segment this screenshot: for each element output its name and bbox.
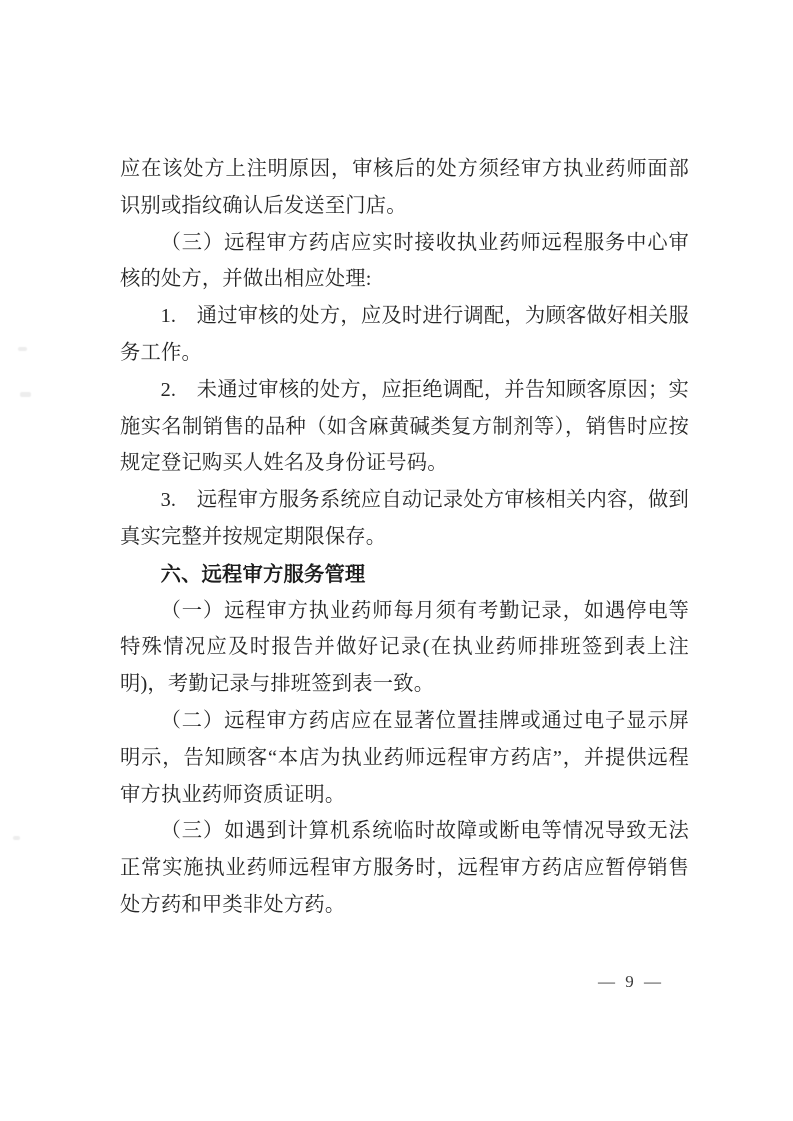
document-page: 应在该处方上注明原因，审核后的处方须经审方执业药师面部识别或指纹确认后发送至门店…	[0, 0, 793, 1121]
scan-artifact	[13, 836, 20, 840]
paragraph: 3. 远程审方服务系统应自动记录处方审核相关内容，做到真实完整并按规定期限保存。	[120, 482, 689, 556]
scan-artifact	[20, 392, 31, 397]
paragraph: （一）远程审方执业药师每月须有考勤记录，如遇停电等特殊情况应及时报告并做好记录(…	[120, 593, 689, 703]
document-body: 应在该处方上注明原因，审核后的处方须经审方执业药师面部识别或指纹确认后发送至门店…	[120, 151, 689, 924]
paragraph: 2. 未通过审核的处方，应拒绝调配，并告知顾客原因；实施实名制销售的品种（如含麻…	[120, 372, 689, 482]
section-heading: 六、远程审方服务管理	[120, 556, 689, 593]
page-footer: — 9 —	[598, 972, 678, 992]
paragraph: （三）如遇到计算机系统临时故障或断电等情况导致无法正常实施执业药师远程审方服务时…	[120, 813, 689, 923]
scan-artifact	[18, 347, 27, 351]
page-number: — 9 —	[598, 972, 664, 991]
paragraph: 应在该处方上注明原因，审核后的处方须经审方执业药师面部识别或指纹确认后发送至门店…	[120, 151, 689, 225]
paragraph: （二）远程审方药店应在显著位置挂牌或通过电子显示屏明示，告知顾客“本店为执业药师…	[120, 703, 689, 813]
paragraph: 1. 通过审核的处方，应及时进行调配，为顾客做好相关服务工作。	[120, 298, 689, 372]
paragraph: （三）远程审方药店应实时接收执业药师远程服务中心审核的处方，并做出相应处理:	[120, 225, 689, 299]
